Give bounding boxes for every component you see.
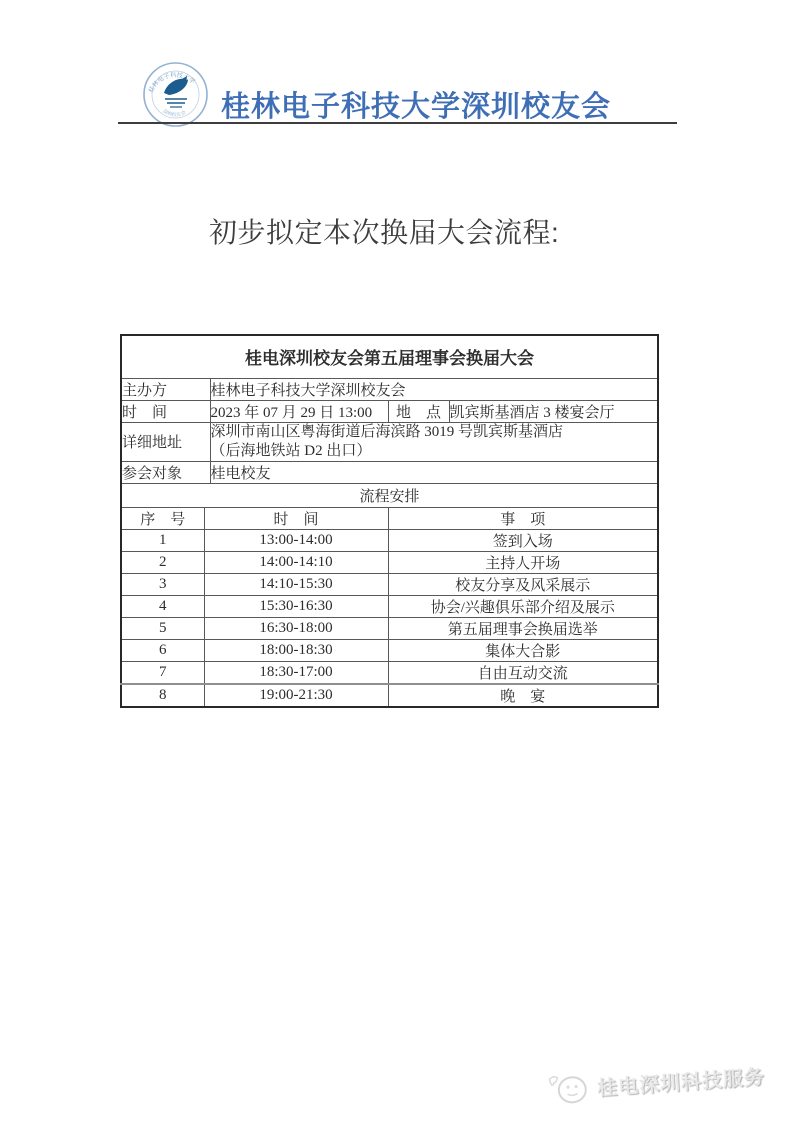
address-label: 详细地址	[121, 422, 210, 461]
place-label: 地 点	[388, 400, 449, 422]
col-item: 事 项	[388, 507, 658, 529]
schedule-item: 协会/兴趣俱乐部介绍及展示	[388, 595, 658, 617]
schedule-row: 1 13:00-14:00 签到入场	[121, 529, 658, 551]
header-divider	[118, 122, 677, 124]
schedule-no: 8	[121, 684, 204, 707]
schedule-time: 15:30-16:30	[204, 595, 388, 617]
schedule-time: 18:00-18:30	[204, 639, 388, 661]
schedule-row: 5 16:30-18:00 第五届理事会换届选举	[121, 617, 658, 639]
schedule-time: 18:30-17:00	[204, 661, 388, 684]
schedule-item: 签到入场	[388, 529, 658, 551]
time-label: 时 间	[121, 400, 210, 422]
university-seal-icon: 桂林电子科技大学 深圳校友会	[142, 61, 209, 128]
table-title: 桂电深圳校友会第五届理事会换届大会	[121, 335, 658, 378]
schedule-time: 14:10-15:30	[204, 573, 388, 595]
watermark-text: 桂电深圳科技服务	[596, 1060, 766, 1101]
schedule-header-row: 序 号 时 间 事 项	[121, 507, 658, 529]
table-row: 参会对象 桂电校友	[121, 461, 658, 483]
watermark: 桂电深圳科技服务	[545, 1058, 766, 1106]
schedule-item: 主持人开场	[388, 551, 658, 573]
time-value: 2023 年 07 月 29 日 13:00	[210, 400, 388, 422]
schedule-row: 2 14:00-14:10 主持人开场	[121, 551, 658, 573]
schedule-no: 1	[121, 529, 204, 551]
schedule-row: 8 19:00-21:30 晚 宴	[121, 684, 658, 707]
host-label: 主办方	[121, 378, 210, 400]
schedule-item: 第五届理事会换届选举	[388, 617, 658, 639]
schedule-time: 14:00-14:10	[204, 551, 388, 573]
place-value: 凯宾斯基酒店 3 楼宴会厅	[449, 400, 658, 422]
address-line1: 深圳市南山区粤海街道后海滨路 3019 号凯宾斯基酒店	[211, 423, 658, 442]
schedule-row: 3 14:10-15:30 校友分享及风采展示	[121, 573, 658, 595]
section-title-row: 流程安排	[121, 483, 658, 507]
schedule-no: 4	[121, 595, 204, 617]
schedule-no: 5	[121, 617, 204, 639]
mascot-icon	[545, 1071, 591, 1107]
doc-title: 初步拟定本次换届大会流程:	[209, 211, 559, 251]
attendee-value: 桂电校友	[210, 461, 658, 483]
attendee-label: 参会对象	[121, 461, 210, 483]
schedule-item: 晚 宴	[388, 684, 658, 707]
schedule-no: 3	[121, 573, 204, 595]
table-row: 时 间 2023 年 07 月 29 日 13:00 地 点 凯宾斯基酒店 3 …	[121, 400, 658, 422]
address-line2: （后海地铁站 D2 出口）	[211, 442, 658, 461]
schedule-time: 16:30-18:00	[204, 617, 388, 639]
meeting-table: 桂电深圳校友会第五届理事会换届大会 主办方 桂林电子科技大学深圳校友会 时 间 …	[120, 334, 659, 708]
table-row: 主办方 桂林电子科技大学深圳校友会	[121, 378, 658, 400]
schedule-row: 4 15:30-16:30 协会/兴趣俱乐部介绍及展示	[121, 595, 658, 617]
col-time: 时 间	[204, 507, 388, 529]
schedule-row: 7 18:30-17:00 自由互动交流	[121, 661, 658, 684]
col-no: 序 号	[121, 507, 204, 529]
host-value: 桂林电子科技大学深圳校友会	[210, 378, 658, 400]
table-title-row: 桂电深圳校友会第五届理事会换届大会	[121, 335, 658, 378]
schedule-item: 自由互动交流	[388, 661, 658, 684]
schedule-no: 2	[121, 551, 204, 573]
schedule-item: 集体大合影	[388, 639, 658, 661]
schedule-row: 6 18:00-18:30 集体大合影	[121, 639, 658, 661]
schedule-item: 校友分享及风采展示	[388, 573, 658, 595]
schedule-no: 6	[121, 639, 204, 661]
schedule-no: 7	[121, 661, 204, 684]
section-title: 流程安排	[121, 483, 658, 507]
table-row: 详细地址 深圳市南山区粤海街道后海滨路 3019 号凯宾斯基酒店 （后海地铁站 …	[121, 422, 658, 461]
schedule-time: 13:00-14:00	[204, 529, 388, 551]
schedule-time: 19:00-21:30	[204, 684, 388, 707]
svg-text:深圳校友会: 深圳校友会	[161, 108, 187, 119]
address-value: 深圳市南山区粤海街道后海滨路 3019 号凯宾斯基酒店 （后海地铁站 D2 出口…	[210, 422, 658, 461]
page: 桂林电子科技大学 深圳校友会 桂林电子科技大学深圳校友会 初步拟定本次换届大会流…	[0, 0, 793, 1123]
org-name: 桂林电子科技大学深圳校友会	[221, 84, 611, 125]
